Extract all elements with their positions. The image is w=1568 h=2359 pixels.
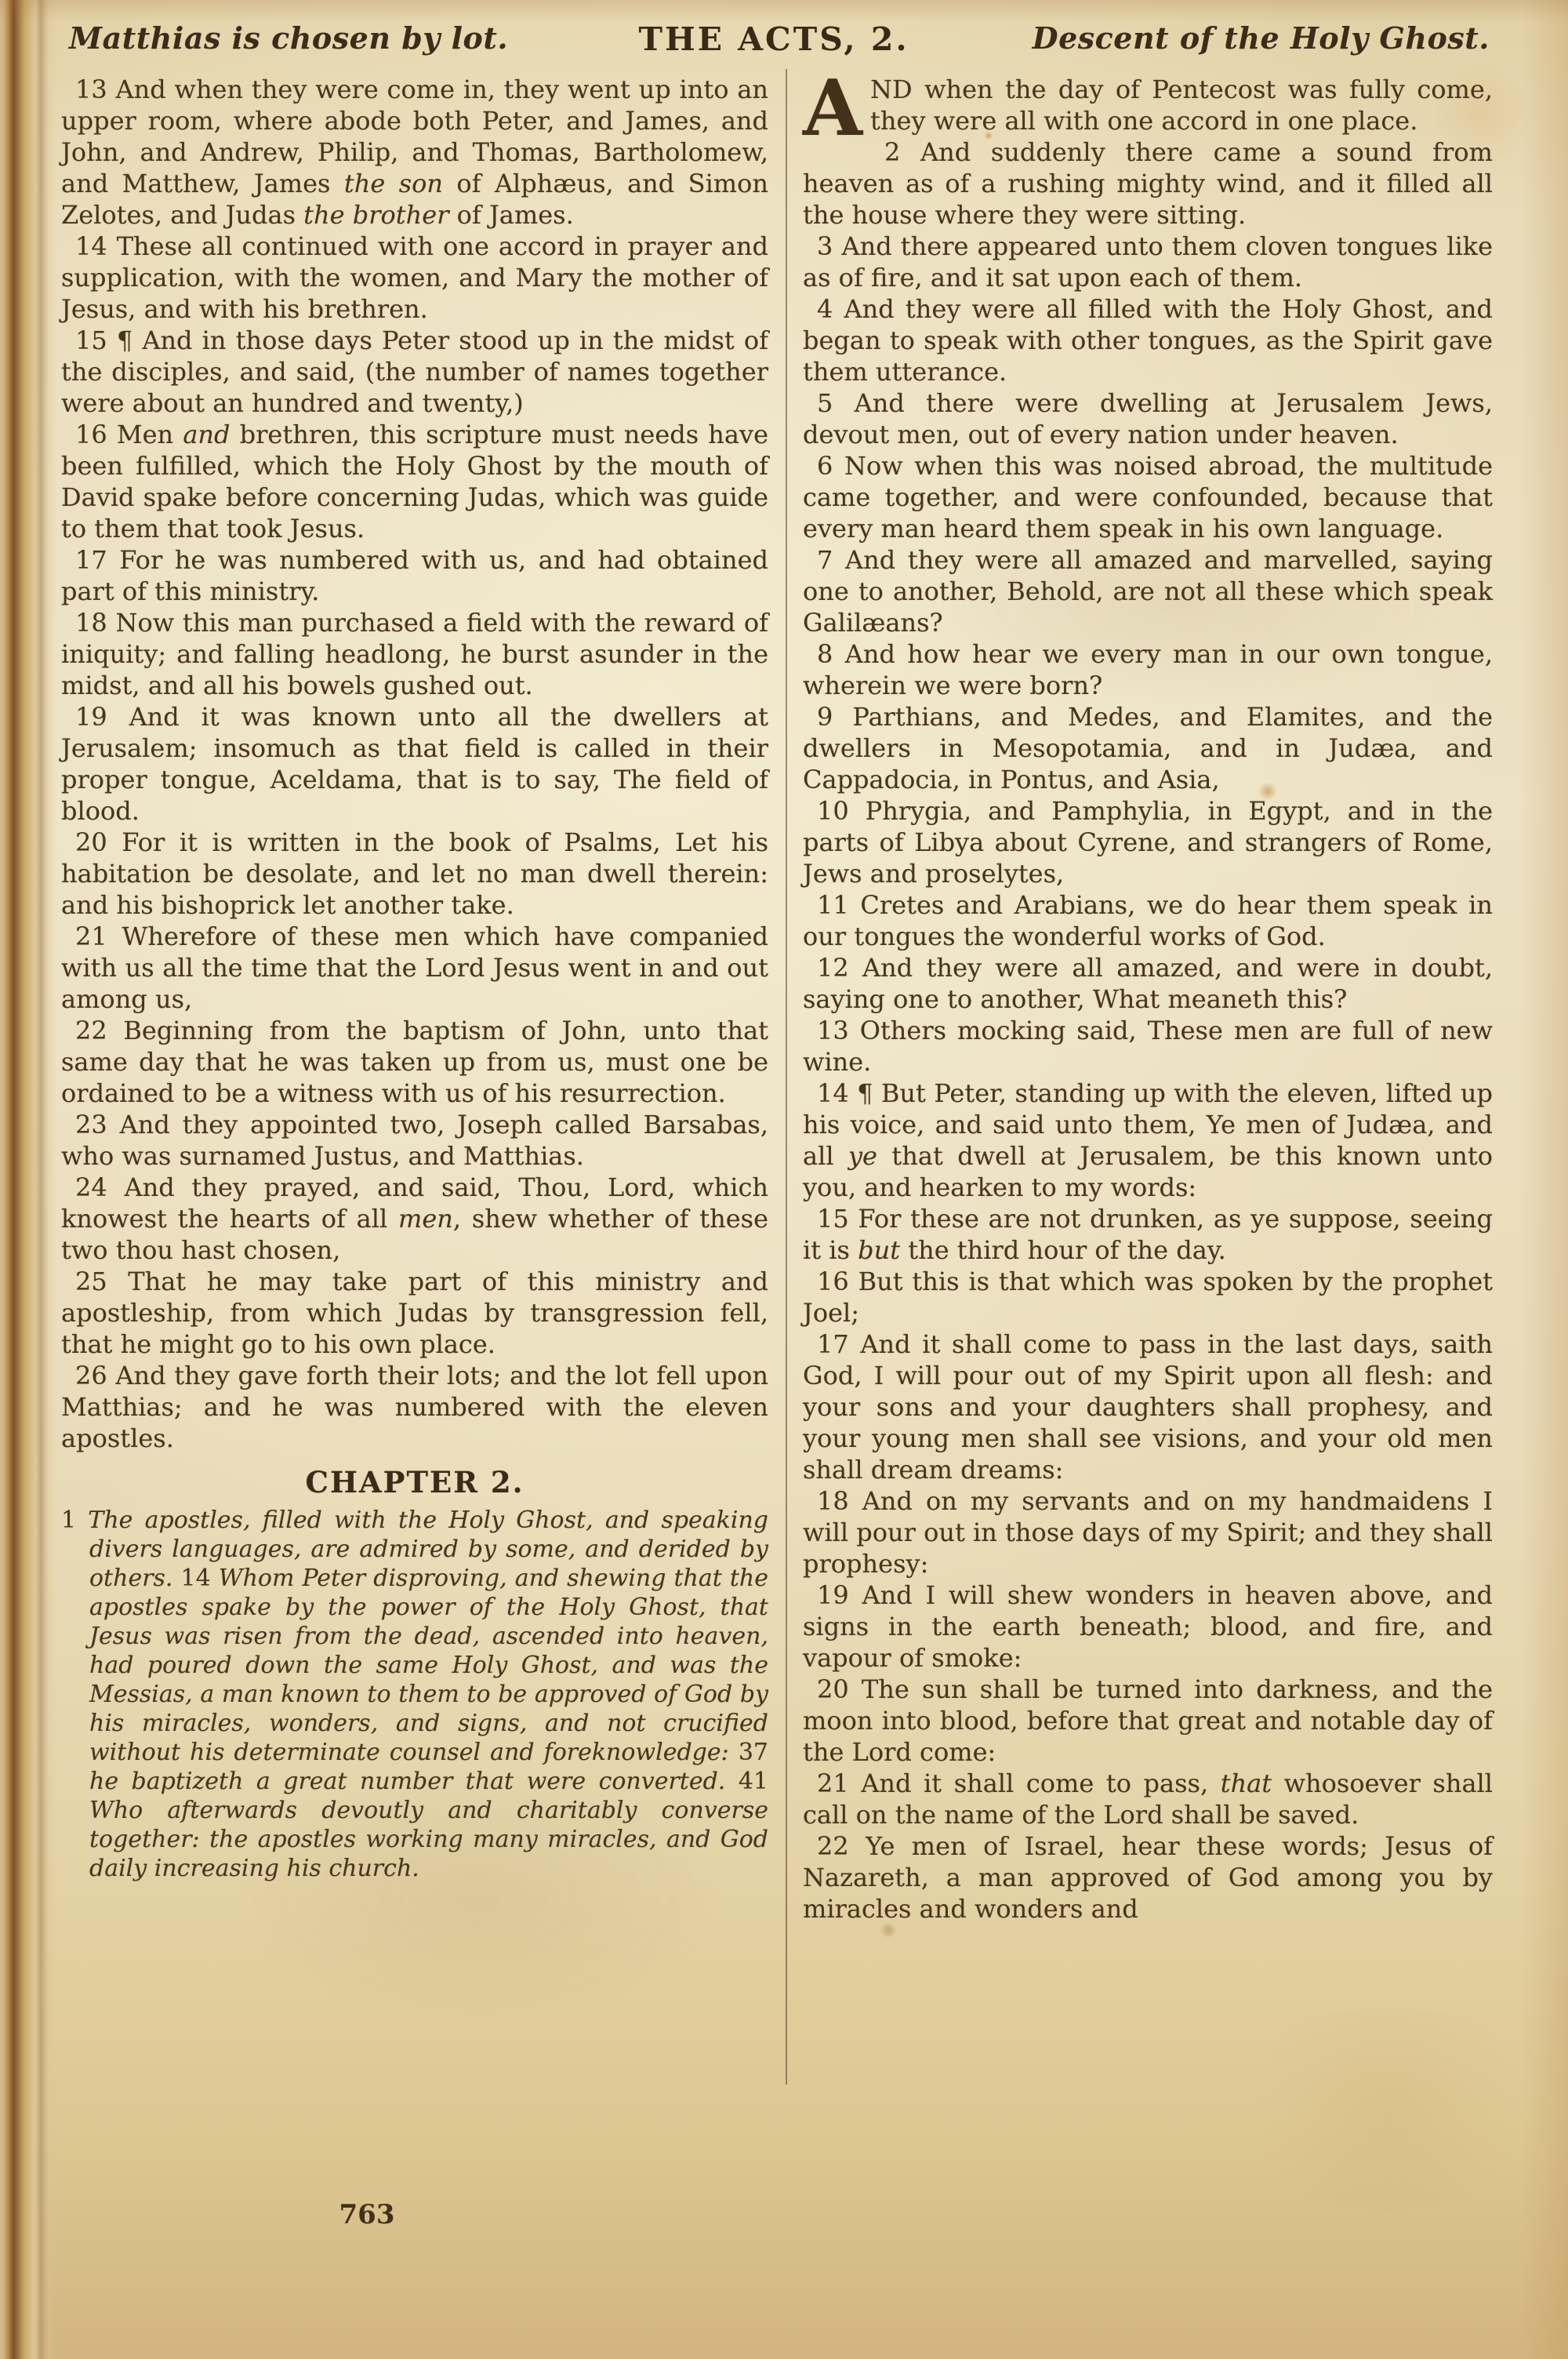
verse: 14 These all continued with one accord i… [61,231,768,325]
verse: 9 Parthians, and Medes, and Elamites, an… [803,701,1493,795]
verse-number: 20 [75,827,107,857]
running-head-left: Matthias is chosen by lot. [69,20,508,56]
paper-stain [1223,2008,1552,2212]
verse: 19 And I will shew wonders in heaven abo… [803,1579,1493,1674]
right-edge-shadow [1521,0,1568,2359]
verse: 17 For he was numbered with us, and had … [61,544,768,607]
left-column-verses: 13 And when they were come in, they went… [61,74,768,1454]
verse: 20 For it is written in the book of Psal… [61,827,768,921]
chapter-heading: CHAPTER 2. [61,1467,768,1498]
verse: 18 Now this man purchased a field with t… [61,607,768,701]
bible-page: Matthias is chosen by lot. Descent of th… [0,0,1568,2359]
verse-number: 19 [817,1580,849,1610]
verse: 5 And there were dwelling at Jerusalem J… [803,387,1493,450]
top-edge-shadow [0,0,1568,22]
verse: 4 And they were all filled with the Holy… [803,293,1493,387]
verse-number: 17 [817,1329,849,1359]
verse: 13 And when they were come in, they went… [61,74,768,231]
running-head-title: THE ACTS, 2. [638,20,909,58]
verse-number: 16 [817,1267,849,1296]
running-head: Matthias is chosen by lot. Descent of th… [69,20,1490,67]
verse-number: 5 [817,388,833,418]
verse: 13 Others mocking said, These men are fu… [803,1015,1493,1078]
verse-number: 19 [75,702,107,732]
verse-number: 9 [817,702,833,732]
running-head-right: Descent of the Holy Ghost. [1033,20,1490,56]
verse-number: 4 [817,294,833,324]
verse-number: 14 [75,231,107,261]
summary-verse-number: 14 [181,1565,211,1592]
verse-number: 11 [817,890,849,920]
left-column: 13 And when they were come in, they went… [61,74,768,1925]
verse: 12 And they were all amazed, and were in… [803,952,1493,1015]
verse: 22 Ye men of Israel, hear these words; J… [803,1830,1493,1925]
verse-number: 10 [817,796,849,826]
gutter-shadow [0,0,56,2359]
verse-number: 12 [817,953,849,983]
chapter-summary: 1 The apostles, filled with the Holy Gho… [89,1506,768,1883]
verse: 3 And there appeared unto them cloven to… [803,231,1493,293]
verse: 16 But this is that which was spoken by … [803,1266,1493,1329]
summary-verse-number: 41 [739,1768,768,1795]
verse: 23 And they appointed two, Joseph called… [61,1109,768,1172]
verse-number: 20 [817,1674,849,1704]
verse-number: 22 [75,1016,107,1045]
verse-number: 6 [817,451,833,481]
verse-number: 21 [817,1768,849,1798]
verse: 21 Wherefore of these men which have com… [61,921,768,1015]
verse: 10 Phrygia, and Pamphylia, in Egypt, and… [803,795,1493,889]
verse-number: 15 [75,325,107,355]
summary-lead-number: 1 [61,1507,76,1534]
right-column-verses: 2 And suddenly there came a sound from h… [803,136,1493,1925]
verse: 15 ¶ And in those days Peter stood up in… [61,325,768,419]
verse-number: 2 [884,137,900,167]
verse: 17 And it shall come to pass in the last… [803,1329,1493,1485]
verse-with-dropcap: AND when the day of Pentecost was fully … [803,74,1493,136]
verse-number: 24 [75,1172,107,1202]
verse-number: 14 [817,1078,849,1108]
verse: 2 And suddenly there came a sound from h… [803,136,1493,231]
verse: 26 And they gave forth their lots; and t… [61,1360,768,1454]
verse-number: 23 [75,1110,107,1140]
verse: 21 And it shall come to pass, that whoso… [803,1768,1493,1830]
right-column: AND when the day of Pentecost was fully … [803,74,1493,1925]
verse-number: 26 [75,1361,107,1390]
verse: 14 ¶ But Peter, standing up with the ele… [803,1078,1493,1203]
verse: 11 Cretes and Arabians, we do hear them … [803,889,1493,952]
verse: 16 Men and brethren, this scripture must… [61,419,768,544]
verse-number: 13 [817,1016,849,1045]
verse-number: 18 [817,1486,849,1516]
verse: 24 And they prayed, and said, Thou, Lord… [61,1172,768,1266]
verse: 15 For these are not drunken, as ye supp… [803,1203,1493,1266]
verse-number: 17 [75,545,107,575]
verse: 22 Beginning from the baptism of John, u… [61,1015,768,1109]
paper-stain [878,1923,898,1937]
verse-number: 22 [817,1831,849,1861]
verse-number: 25 [75,1267,107,1296]
verse: 7 And they were all amazed and marvelled… [803,544,1493,638]
verse: 18 And on my servants and on my handmaid… [803,1485,1493,1579]
drop-cap: A [803,74,870,140]
verse-number: 21 [75,921,107,951]
verse-number: 7 [817,545,833,575]
verse: 6 Now when this was noised abroad, the m… [803,450,1493,544]
verse-number: 3 [817,231,833,261]
verse: 19 And it was known unto all the dweller… [61,701,768,827]
page-number: 763 [61,2199,673,2230]
verse: 25 That he may take part of this ministr… [61,1266,768,1360]
verse: 20 The sun shall be turned into darkness… [803,1674,1493,1768]
text-columns: 13 And when they were come in, they went… [61,74,1493,1925]
verse: 8 And how hear we every man in our own t… [803,638,1493,701]
verse-number: 18 [75,608,107,638]
summary-verse-number: 37 [739,1739,768,1766]
verse-number: 13 [75,75,107,104]
verse-number: 15 [817,1204,849,1234]
verse-number: 8 [817,639,833,669]
verse-number: 16 [75,420,107,449]
